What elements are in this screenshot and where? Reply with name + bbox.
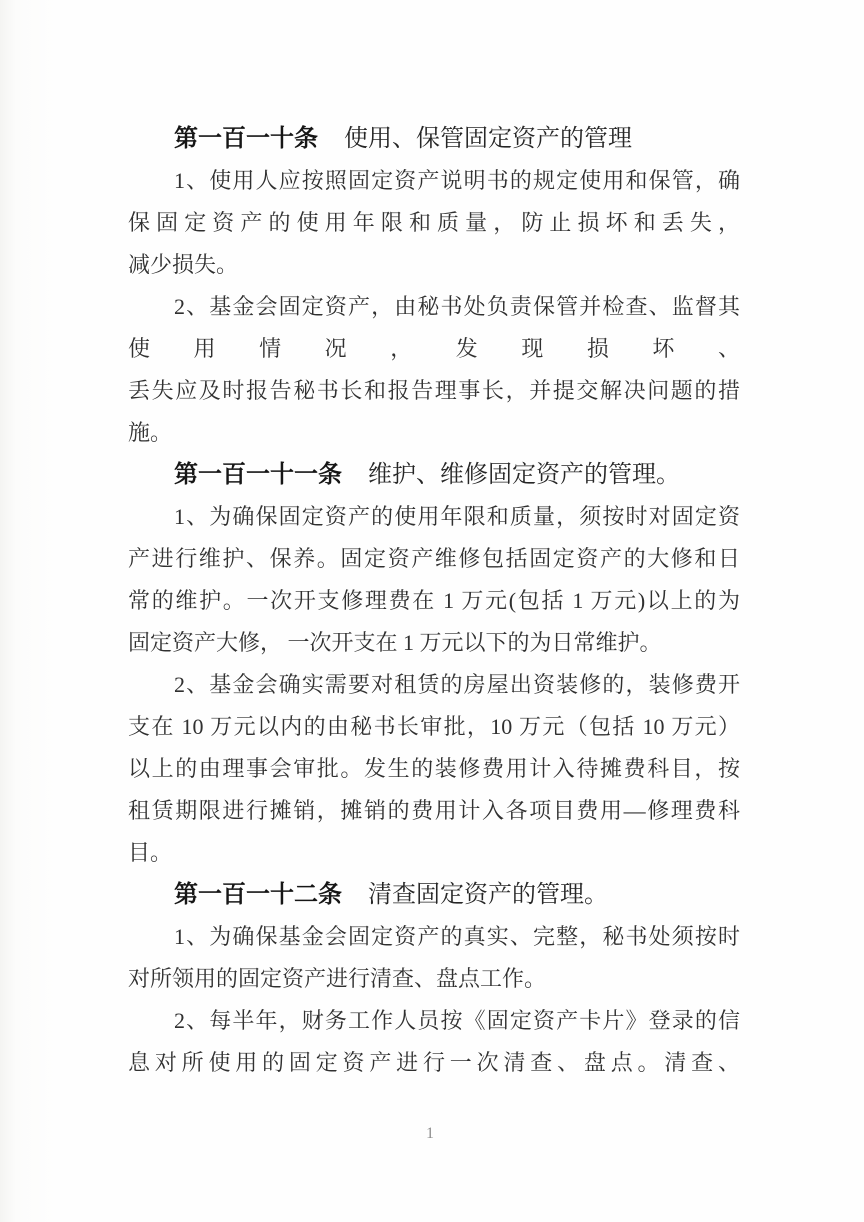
body-line: 产进行维护、保养。固定资产维修包括固定资产的大修和日 — [128, 538, 740, 580]
body-line: 1、为确保基金会固定资产的真实、完整，秘书处须按时 — [128, 916, 740, 958]
body-line: 以上的由理事会审批。发生的装修费用计入待摊费科目，按 — [128, 748, 740, 790]
body-line: 支在 10 万元以内的由秘书长审批，10 万元（包括 10 万元） — [128, 706, 740, 748]
body-line: 租赁期限进行摊销，摊销的费用计入各项目费用—修理费科 — [128, 790, 740, 832]
body-line: 对所领用的固定资产进行清查、盘点工作。 — [128, 958, 740, 1000]
body-line: 固定资产大修， 一次开支在 1 万元以下的为日常维护。 — [128, 622, 740, 664]
article-title: 维护、维修固定资产的管理。 — [368, 462, 680, 488]
body-line: 1、为确保固定资产的使用年限和质量，须按时对固定资 — [128, 496, 740, 538]
body-line: 减少损失。 — [128, 244, 740, 286]
article-heading-112: 第一百一十二条清查固定资产的管理。 — [128, 874, 740, 916]
body-line: 2、基金会固定资产，由秘书处负责保管并检查、监督其 — [128, 286, 740, 328]
article-heading-110: 第一百一十条使用、保管固定资产的管理 — [128, 118, 740, 160]
document-page: { "articles": [ { "heading": { "num": "第… — [0, 0, 864, 1222]
body-line: 使用情况，发现损坏、 — [128, 328, 740, 370]
article-number: 第一百一十一条 — [174, 462, 342, 488]
article-number: 第一百一十条 — [174, 126, 318, 152]
body-line: 息对所使用的固定资产进行一次清查、盘点。清查、 — [128, 1042, 740, 1084]
body-line: 保固定资产的使用年限和质量，防止损坏和丢失， — [128, 202, 740, 244]
document-content: 第一百一十条使用、保管固定资产的管理 1、使用人应按照固定资产说明书的规定使用和… — [128, 118, 740, 1084]
body-line: 目。 — [128, 832, 740, 874]
body-line: 2、每半年，财务工作人员按《固定资产卡片》登录的信 — [128, 1000, 740, 1042]
article-number: 第一百一十二条 — [174, 882, 342, 908]
body-line: 2、基金会确实需要对租赁的房屋出资装修的，装修费开 — [128, 664, 740, 706]
page-number: 1 — [0, 1122, 860, 1146]
article-title: 清查固定资产的管理。 — [368, 882, 608, 908]
article-heading-111: 第一百一十一条维护、维修固定资产的管理。 — [128, 454, 740, 496]
body-line: 1、使用人应按照固定资产说明书的规定使用和保管，确 — [128, 160, 740, 202]
paper-sheet: 第一百一十条使用、保管固定资产的管理 1、使用人应按照固定资产说明书的规定使用和… — [0, 0, 864, 1222]
article-title: 使用、保管固定资产的管理 — [344, 126, 632, 152]
body-line: 施。 — [128, 412, 740, 454]
body-line: 常的维护。一次开支修理费在 1 万元(包括 1 万元)以上的为 — [128, 580, 740, 622]
body-line: 丢失应及时报告秘书长和报告理事长，并提交解决问题的措 — [128, 370, 740, 412]
